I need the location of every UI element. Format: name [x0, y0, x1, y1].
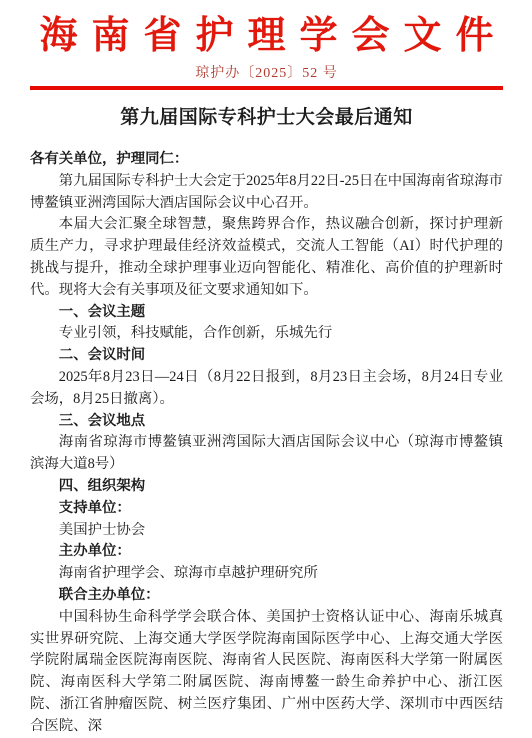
- host-units-label: 主办单位：: [30, 541, 503, 563]
- intro-paragraph-1: 第九届国际专科护士大会定于2025年8月22日-25日在中国海南省琼海市博鳌镇亚…: [30, 171, 503, 215]
- section-1-heading: 一、会议主题: [30, 302, 503, 324]
- section-3-heading: 三、会议地点: [30, 411, 503, 433]
- document-body: 各有关单位，护理同仁： 第九届国际专科护士大会定于2025年8月22日-25日在…: [30, 149, 503, 738]
- document-reference-number: 琼护办〔2025〕52 号: [30, 64, 503, 84]
- document-header-org-title: 海南省护理学会文件: [30, 13, 517, 59]
- cohost-units-label: 联合主办单位：: [30, 585, 503, 607]
- section-1-text: 专业引领，科技赋能，合作创新，乐城先行: [30, 323, 503, 345]
- section-4-heading: 四、组织架构: [30, 476, 503, 498]
- support-units-label: 支持单位：: [30, 498, 503, 520]
- support-units-text: 美国护士协会: [30, 520, 503, 542]
- document-title: 第九届国际专科护士大会最后通知: [30, 105, 503, 131]
- intro-paragraph-2: 本届大会汇聚全球智慧，聚焦跨界合作，热议融合创新，探讨护理新质生产力，寻求护理最…: [30, 214, 503, 301]
- official-document-page: 海南省护理学会文件 琼护办〔2025〕52 号 第九届国际专科护士大会最后通知 …: [0, 0, 532, 738]
- host-units-text: 海南省护理学会、琼海市卓越护理研究所: [30, 563, 503, 585]
- section-3-text: 海南省琼海市博鳌镇亚洲湾国际大酒店国际会议中心（琼海市博鳌镇滨海大道8号）: [30, 432, 503, 476]
- section-2-heading: 二、会议时间: [30, 345, 503, 367]
- header-divider-rule: [30, 86, 503, 90]
- salutation-line: 各有关单位，护理同仁：: [30, 149, 503, 171]
- section-2-text: 2025年8月23日—24日（8月22日报到，8月23日主会场，8月24日专业会…: [30, 367, 503, 411]
- cohost-units-text: 中国科协生命科学学会联合体、美国护士资格认证中心、海南乐城真实世界研究院、上海交…: [30, 607, 503, 738]
